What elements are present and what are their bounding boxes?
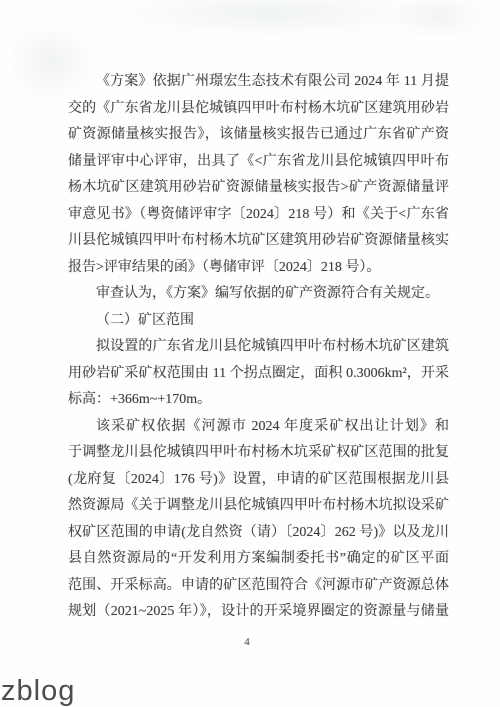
text-line: 权矿区范围的申请(龙自然资（请）〔2024〕262 号)》以及龙川 [68, 520, 449, 547]
text-line: 标高：+366m~+170m。 [68, 387, 449, 414]
page-number: 4 [0, 636, 494, 648]
text-line: 交的《广东省龙川县佗城镇四甲叶布村杨木坑矿区建筑用砂岩 [68, 96, 449, 123]
text-line: 储量评审中心评审，出具了《<广东省龙川县佗城镇四甲叶布村 [68, 149, 449, 176]
text-line: (龙府复〔2024〕176 号)》设置，申请的矿区范围根据龙川县自 [68, 467, 449, 494]
text-line: 审意见书》（粤资储评审字〔2024〕218 号）和《关于<广东省龙 [68, 202, 449, 229]
text-line: 该采矿权依据《河源市 2024 年度采矿权出让计划》和《关 [68, 414, 449, 441]
text-line: （二）矿区范围 [68, 308, 449, 335]
text-line: 川县佗城镇四甲叶布村杨木坑矿区建筑用砂岩矿资源储量核实 [68, 228, 449, 255]
zblog-watermark: zblog [1, 675, 75, 707]
text-line: 县自然资源局的“开发利用方案编制委托书”确定的矿区平面 [68, 546, 449, 573]
text-line: 《方案》依据广州璟宏生态技术有限公司 2024 年 11 月提 [68, 69, 449, 96]
text-line: 范围、开采标高。申请的矿区范围符合《河源市矿产资源总体 [68, 573, 449, 600]
text-line: 然资源局《关于调整龙川县佗城镇四甲叶布村杨木坑拟设采矿 [68, 493, 449, 520]
text-line: 杨木坑矿区建筑用砂岩矿资源储量核实报告>矿产资源储量评 [68, 175, 449, 202]
text-line: 于调整龙川县佗城镇四甲叶布村杨木坑采矿权矿区范围的批复 [68, 440, 449, 467]
scanned-document-page: 《方案》依据广州璟宏生态技术有限公司 2024 年 11 月提交的《广东省龙川县… [0, 0, 500, 707]
text-line: 拟设置的广东省龙川县佗城镇四甲叶布村杨木坑矿区建筑 [68, 334, 449, 361]
text-line: 矿资源储量核实报告》，该储量核实报告已通过广东省矿产资源 [68, 122, 449, 149]
text-line: 审查认为，《方案》编写依据的矿产资源符合有关规定。 [68, 281, 449, 308]
text-line: 规划（2021~2025 年）》，设计的开采境界圈定的资源量与储量 [68, 599, 449, 626]
scan-artifact [388, 0, 488, 40]
text-line: 用砂岩矿采矿权范围由 11 个拐点圈定，面积 0.3006km²，开采 [68, 361, 449, 388]
text-line: 报告>评审结果的函》（粤储审评〔2024〕218 号）。 [68, 255, 449, 282]
document-body: 《方案》依据广州璟宏生态技术有限公司 2024 年 11 月提交的《广东省龙川县… [68, 69, 449, 626]
scan-artifact [110, 0, 430, 38]
